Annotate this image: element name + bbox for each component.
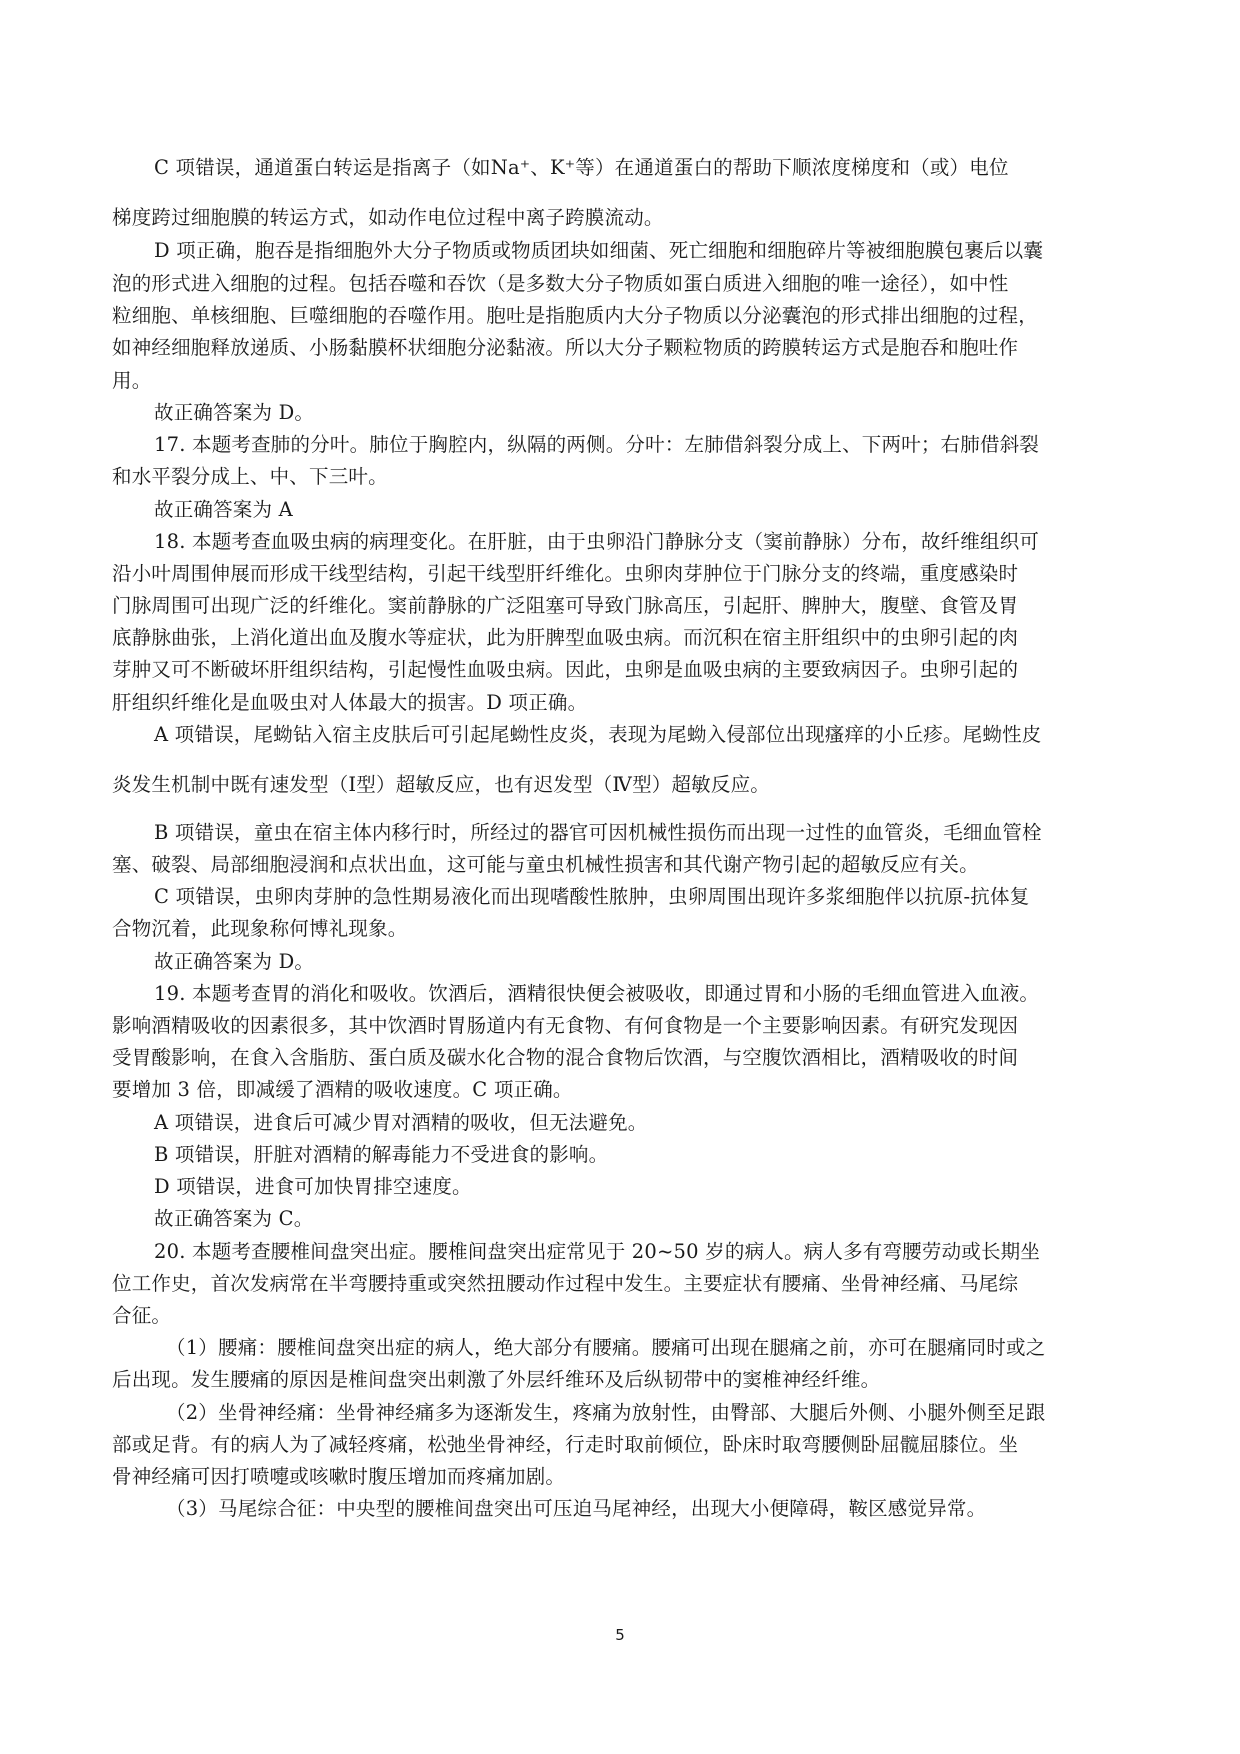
text-line: 影响酒精吸收的因素很多，其中饮酒时胃肠道内有无食物、有何食物是一个主要影响因素。… [112, 1012, 1128, 1040]
text-line: B 项错误，肝脏对酒精的解毒能力不受进食的影响。 [154, 1141, 1170, 1169]
text-line: 肝组织纤维化是血吸虫对人体最大的损害。D 项正确。 [112, 689, 1128, 717]
text-line: 塞、破裂、局部细胞浸润和点状出血，这可能与童虫机械性损害和其代谢产物引起的超敏反… [112, 851, 1128, 879]
text-line: 18. 本题考查血吸虫病的病理变化。在肝脏，由于虫卵沿门静脉分支（窦前静脉）分布… [154, 528, 1170, 556]
text-line: 合征。 [112, 1302, 1128, 1330]
text-line: D 项正确，胞吞是指细胞外大分子物质或物质团块如细菌、死亡细胞和细胞碎片等被细胞… [154, 237, 1170, 265]
text-line: 故正确答案为 A [154, 496, 1170, 524]
text-line: 用。 [112, 367, 1128, 395]
text-line: 受胃酸影响，在食入含脂肪、蛋白质及碳水化合物的混合食物后饮酒，与空腹饮酒相比，酒… [112, 1044, 1128, 1072]
text-line: 部或足背。有的病人为了减轻疼痛，松弛坐骨神经，行走时取前倾位，卧床时取弯腰侧卧屈… [112, 1431, 1128, 1459]
text-line: B 项错误，童虫在宿主体内移行时，所经过的器官可因机械性损伤而出现一过性的血管炎… [154, 819, 1170, 847]
text-line: 门脉周围可出现广泛的纤维化。窦前静脉的广泛阻塞可导致门脉高压，引起肝、脾肿大，腹… [112, 592, 1128, 620]
text-line: C 项错误，通道蛋白转运是指离子（如Na⁺、K⁺等）在通道蛋白的帮助下顺浓度梯度… [154, 154, 1170, 182]
text-line: 要增加 3 倍，即减缓了酒精的吸收速度。C 项正确。 [112, 1076, 1128, 1104]
text-line: A 项错误，尾蚴钻入宿主皮肤后可引起尾蚴性皮炎，表现为尾蚴入侵部位出现瘙痒的小丘… [154, 721, 1170, 749]
text-line: 后出现。发生腰痛的原因是椎间盘突出刺激了外层纤维环及后纵韧带中的窦椎神经纤维。 [112, 1366, 1128, 1394]
text-line: 沿小叶周围伸展而形成干线型结构，引起干线型肝纤维化。虫卵肉芽肿位于门脉分支的终端… [112, 560, 1128, 588]
page-number: 5 [0, 1626, 1240, 1644]
text-line: 底静脉曲张，上消化道出血及腹水等症状，此为肝脾型血吸虫病。而沉积在宿主肝组织中的… [112, 624, 1128, 652]
text-line: （1）腰痛：腰椎间盘突出症的病人，绝大部分有腰痛。腰痛可出现在腿痛之前，亦可在腿… [166, 1334, 1182, 1362]
text-line: C 项错误，虫卵肉芽肿的急性期易液化而出现嗜酸性脓肿，虫卵周围出现许多浆细胞伴以… [154, 883, 1170, 911]
text-line: 合物沉着，此现象称何博礼现象。 [112, 915, 1128, 943]
text-line: 和水平裂分成上、中、下三叶。 [112, 463, 1128, 491]
text-line: 17. 本题考查肺的分叶。肺位于胸腔内，纵隔的两侧。分叶：左肺借斜裂分成上、下两… [154, 431, 1170, 459]
text-line: 如神经细胞释放递质、小肠黏膜杯状细胞分泌黏液。所以大分子颗粒物质的跨膜转运方式是… [112, 334, 1128, 362]
text-line: 粒细胞、单核细胞、巨噬细胞的吞噬作用。胞吐是指胞质内大分子物质以分泌囊泡的形式排… [112, 302, 1128, 330]
text-line: 故正确答案为 C。 [154, 1205, 1170, 1233]
text-line: 20. 本题考查腰椎间盘突出症。腰椎间盘突出症常见于 20~50 岁的病人。病人… [154, 1238, 1170, 1266]
text-line: 19. 本题考查胃的消化和吸收。饮酒后，酒精很快便会被吸收，即通过胃和小肠的毛细… [154, 980, 1170, 1008]
document-page: C 项错误，通道蛋白转运是指离子（如Na⁺、K⁺等）在通道蛋白的帮助下顺浓度梯度… [0, 0, 1240, 1754]
text-line: 位工作史，首次发病常在半弯腰持重或突然扭腰动作过程中发生。主要症状有腰痛、坐骨神… [112, 1270, 1128, 1298]
text-line: 芽肿又可不断破坏肝组织结构，引起慢性血吸虫病。因此，虫卵是血吸虫病的主要致病因子… [112, 656, 1128, 684]
text-line: A 项错误，进食后可减少胃对酒精的吸收，但无法避免。 [154, 1109, 1170, 1137]
text-line: 故正确答案为 D。 [154, 399, 1170, 427]
text-line: （2）坐骨神经痛：坐骨神经痛多为逐渐发生，疼痛为放射性，由臀部、大腿后外侧、小腿… [166, 1399, 1182, 1427]
text-line: 梯度跨过细胞膜的转运方式，如动作电位过程中离子跨膜流动。 [112, 204, 1128, 232]
text-line: 故正确答案为 D。 [154, 948, 1170, 976]
text-line: 泡的形式进入细胞的过程。包括吞噬和吞饮（是多数大分子物质如蛋白质进入细胞的唯一途… [112, 270, 1128, 298]
text-line: （3）马尾综合征：中央型的腰椎间盘突出可压迫马尾神经，出现大小便障碍，鞍区感觉异… [166, 1495, 1182, 1523]
text-line: 骨神经痛可因打喷嚏或咳嗽时腹压增加而疼痛加剧。 [112, 1463, 1128, 1491]
text-line: D 项错误，进食可加快胃排空速度。 [154, 1173, 1170, 1201]
text-line: 炎发生机制中既有速发型（Ⅰ型）超敏反应，也有迟发型（Ⅳ型）超敏反应。 [112, 771, 1128, 799]
